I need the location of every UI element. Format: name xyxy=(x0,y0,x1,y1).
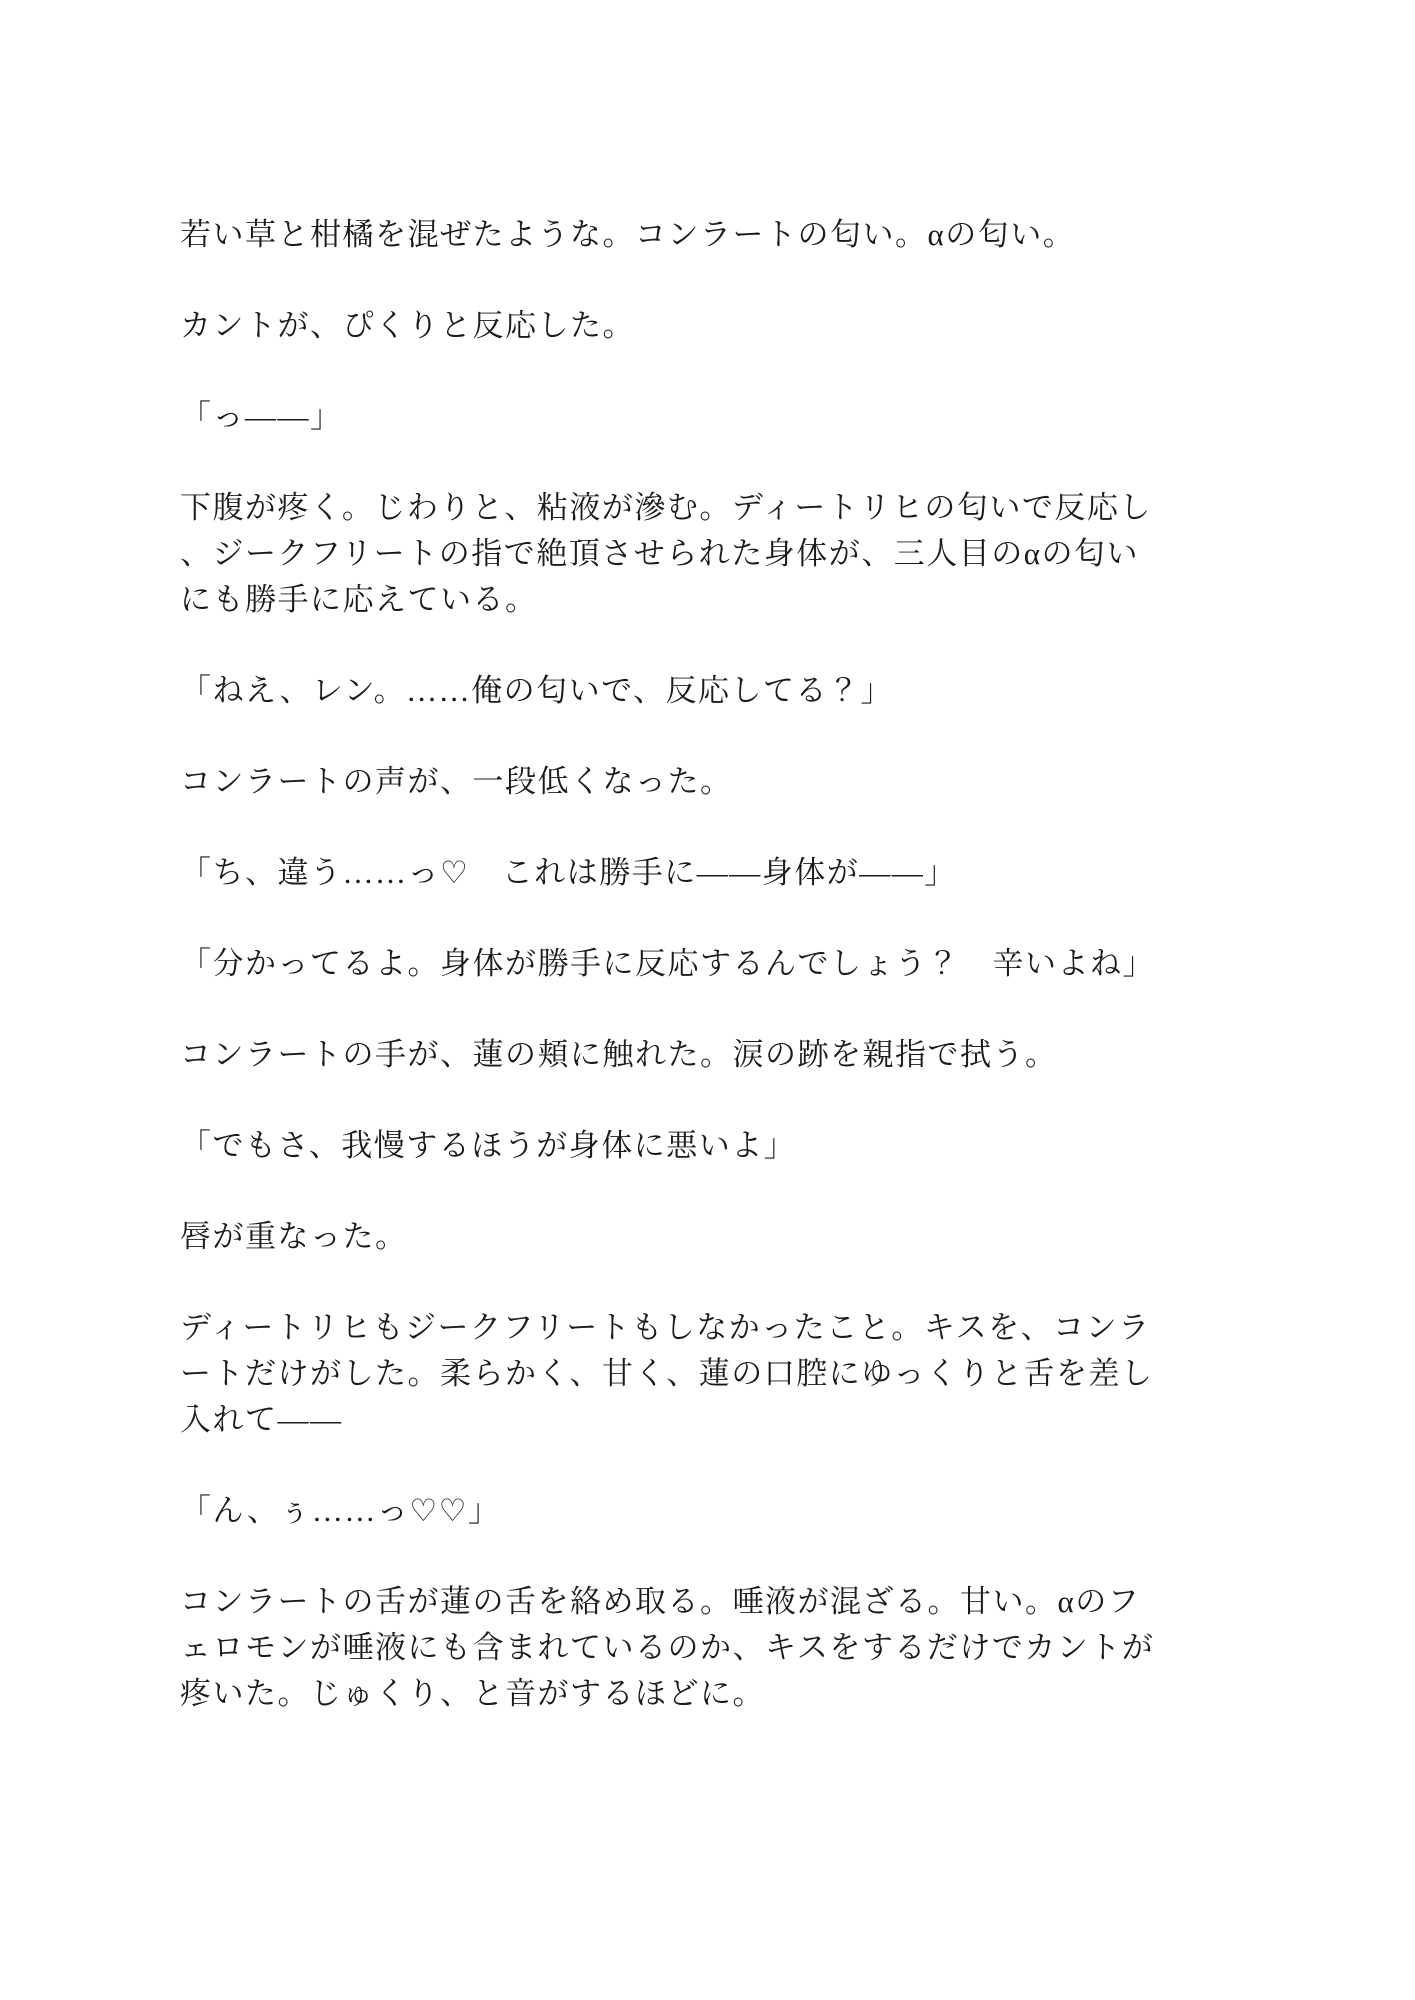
narration-paragraph: ディートリヒもジークフリートもしなかったこと。キスを、コンラ ートだけがした。柔… xyxy=(180,1305,1340,1443)
dialogue-paragraph: 「ん、ぅ……っ♡♡」 xyxy=(180,1488,1340,1534)
narration-paragraph: コンラートの手が、蓮の頬に触れた。涙の跡を親指で拭う。 xyxy=(180,1032,1340,1078)
narration-paragraph: 唇が重なった。 xyxy=(180,1214,1340,1260)
dialogue-paragraph: 「ねえ、レン。……俺の匂いで、反応してる？」 xyxy=(180,668,1340,714)
dialogue-paragraph: 「っ――」 xyxy=(180,394,1340,440)
narration-paragraph: コンラートの舌が蓮の舌を絡め取る。唾液が混ざる。甘い。αのフ ェロモンが唾液にも… xyxy=(180,1579,1340,1717)
dialogue-paragraph: 「ち、違う……っ♡ これは勝手に――身体が――」 xyxy=(180,850,1340,896)
narration-paragraph: コンラートの声が、一段低くなった。 xyxy=(180,759,1340,805)
dialogue-paragraph: 「でもさ、我慢するほうが身体に悪いよ」 xyxy=(180,1123,1340,1169)
narration-paragraph: 下腹が疼く。じわりと、粘液が滲む。ディートリヒの匂いで反応し 、ジークフリートの… xyxy=(180,485,1340,623)
novel-page: 若い草と柑橘を混ぜたような。コンラートの匂い。αの匂い。 カントが、ぴくりと反応… xyxy=(0,0,1415,2000)
text-column: 若い草と柑橘を混ぜたような。コンラートの匂い。αの匂い。 カントが、ぴくりと反応… xyxy=(180,212,1340,1762)
narration-paragraph: 若い草と柑橘を混ぜたような。コンラートの匂い。αの匂い。 xyxy=(180,212,1340,258)
narration-paragraph: カントが、ぴくりと反応した。 xyxy=(180,303,1340,349)
dialogue-paragraph: 「分かってるよ。身体が勝手に反応するんでしょう？ 辛いよね」 xyxy=(180,941,1340,987)
